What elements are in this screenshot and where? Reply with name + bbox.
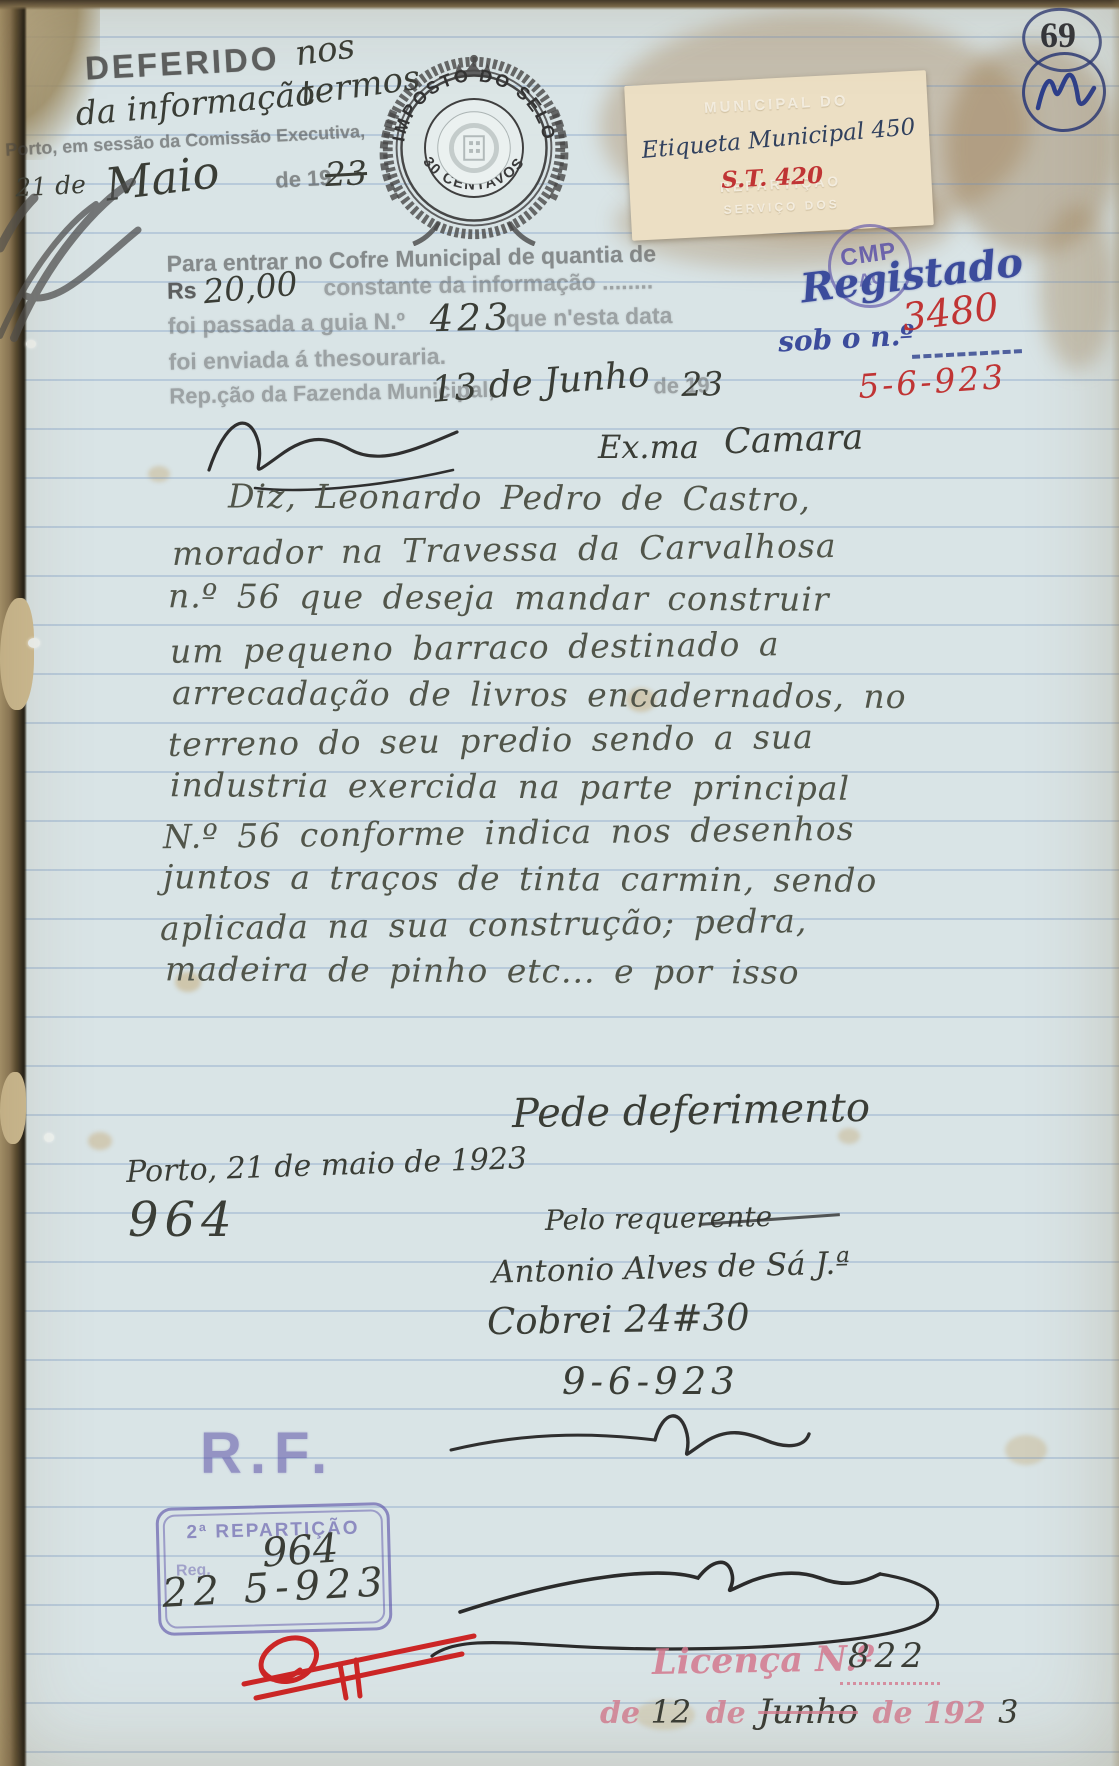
license-de2-stamp: de (706, 1696, 746, 1731)
treasury-stamp-block: Para entrar no Cofre Municipal de quanti… (166, 237, 809, 419)
license-number-underline (840, 1682, 940, 1685)
imposto-do-selo-seal: IMPOSTO DO SELO 30 CENTAVOS (376, 50, 572, 246)
petition-line: juntos a traços de tinta carmin, sendo (163, 857, 878, 900)
process-number: 964 (128, 1192, 238, 1248)
salutation-addressee: Camara (723, 418, 864, 463)
petition-line: morador na Travessa da Carvalhosa (172, 526, 837, 573)
license-de3-stamp: de 192 (872, 1696, 985, 1731)
per-requester-line: Pelo requerente (545, 1200, 773, 1237)
rf-initials-stamp: R.F. (200, 1420, 335, 1487)
label-handwriting: Etiqueta Municipal 450 (641, 114, 917, 164)
petition-line: arrecadação de livros encadernados, no (172, 673, 907, 716)
paper-hole (44, 1133, 54, 1142)
petition-line: um pequeno barraco destinado a (170, 624, 780, 670)
session-year-handwriting: 23 (324, 153, 368, 194)
treasury-year-handwriting: 23 (681, 364, 724, 404)
red-paraph (222, 1612, 502, 1712)
salutation-honorific: Ex.ma (598, 428, 699, 466)
fee-line: Cobrei 24#30 (487, 1296, 750, 1344)
petition-line: aplicada na sua construção; pedra, (160, 901, 808, 948)
paper-hole (28, 638, 40, 648)
petition-line: terreno do seu predio sendo a sua (168, 717, 814, 764)
torn-paper (0, 1072, 26, 1144)
license-number-handwriting: 822 (848, 1636, 928, 1676)
license-month-handwriting: Junho (758, 1692, 858, 1732)
request-line: Pede deferimento (512, 1085, 871, 1137)
license-de1-stamp: de (600, 1696, 640, 1731)
petition-line: n.º 56 que deseja mandar construir (168, 576, 830, 618)
license-day-handwriting: 12 (651, 1693, 692, 1731)
petition-line: madeira de pinho etc... e por isso (165, 949, 800, 991)
license-label-stamp: Licença N.º (652, 1638, 875, 1683)
license-date-line: de 12 de Junho de 192 3 (600, 1692, 1018, 1732)
label-red-note: S.T. 420 (721, 162, 824, 194)
petition-line: Diz, Leonardo Pedro de Castro, (228, 476, 811, 518)
session-year-stamp: de 19 (275, 165, 333, 194)
corner-number: 69 (1040, 14, 1076, 56)
treasury-currency: Rs (167, 277, 197, 304)
page-top-edge (0, 0, 1119, 10)
municipal-label: MUNICIPAL DO REPARTIÇÃO SERVIÇO DOS Etiq… (624, 70, 934, 241)
guia-number-handwriting: 423 (429, 295, 513, 340)
document-page: DEFERIDO nos termos da informação Porto,… (0, 0, 1119, 1766)
amount-handwriting: 20,00 (202, 264, 300, 311)
page-right-edge (1111, 0, 1119, 1766)
monogram-rubric (1030, 58, 1100, 124)
clerk-signature-small (445, 1392, 815, 1482)
license-year-handwriting: 3 (998, 1693, 1018, 1731)
treasury-line3-prefix: foi passada a guia N.º (168, 308, 406, 339)
petition-line: industria exercida na parte principal (170, 765, 850, 808)
treasury-line3-suffix: que n'esta data (506, 302, 673, 331)
torn-paper (0, 598, 34, 710)
